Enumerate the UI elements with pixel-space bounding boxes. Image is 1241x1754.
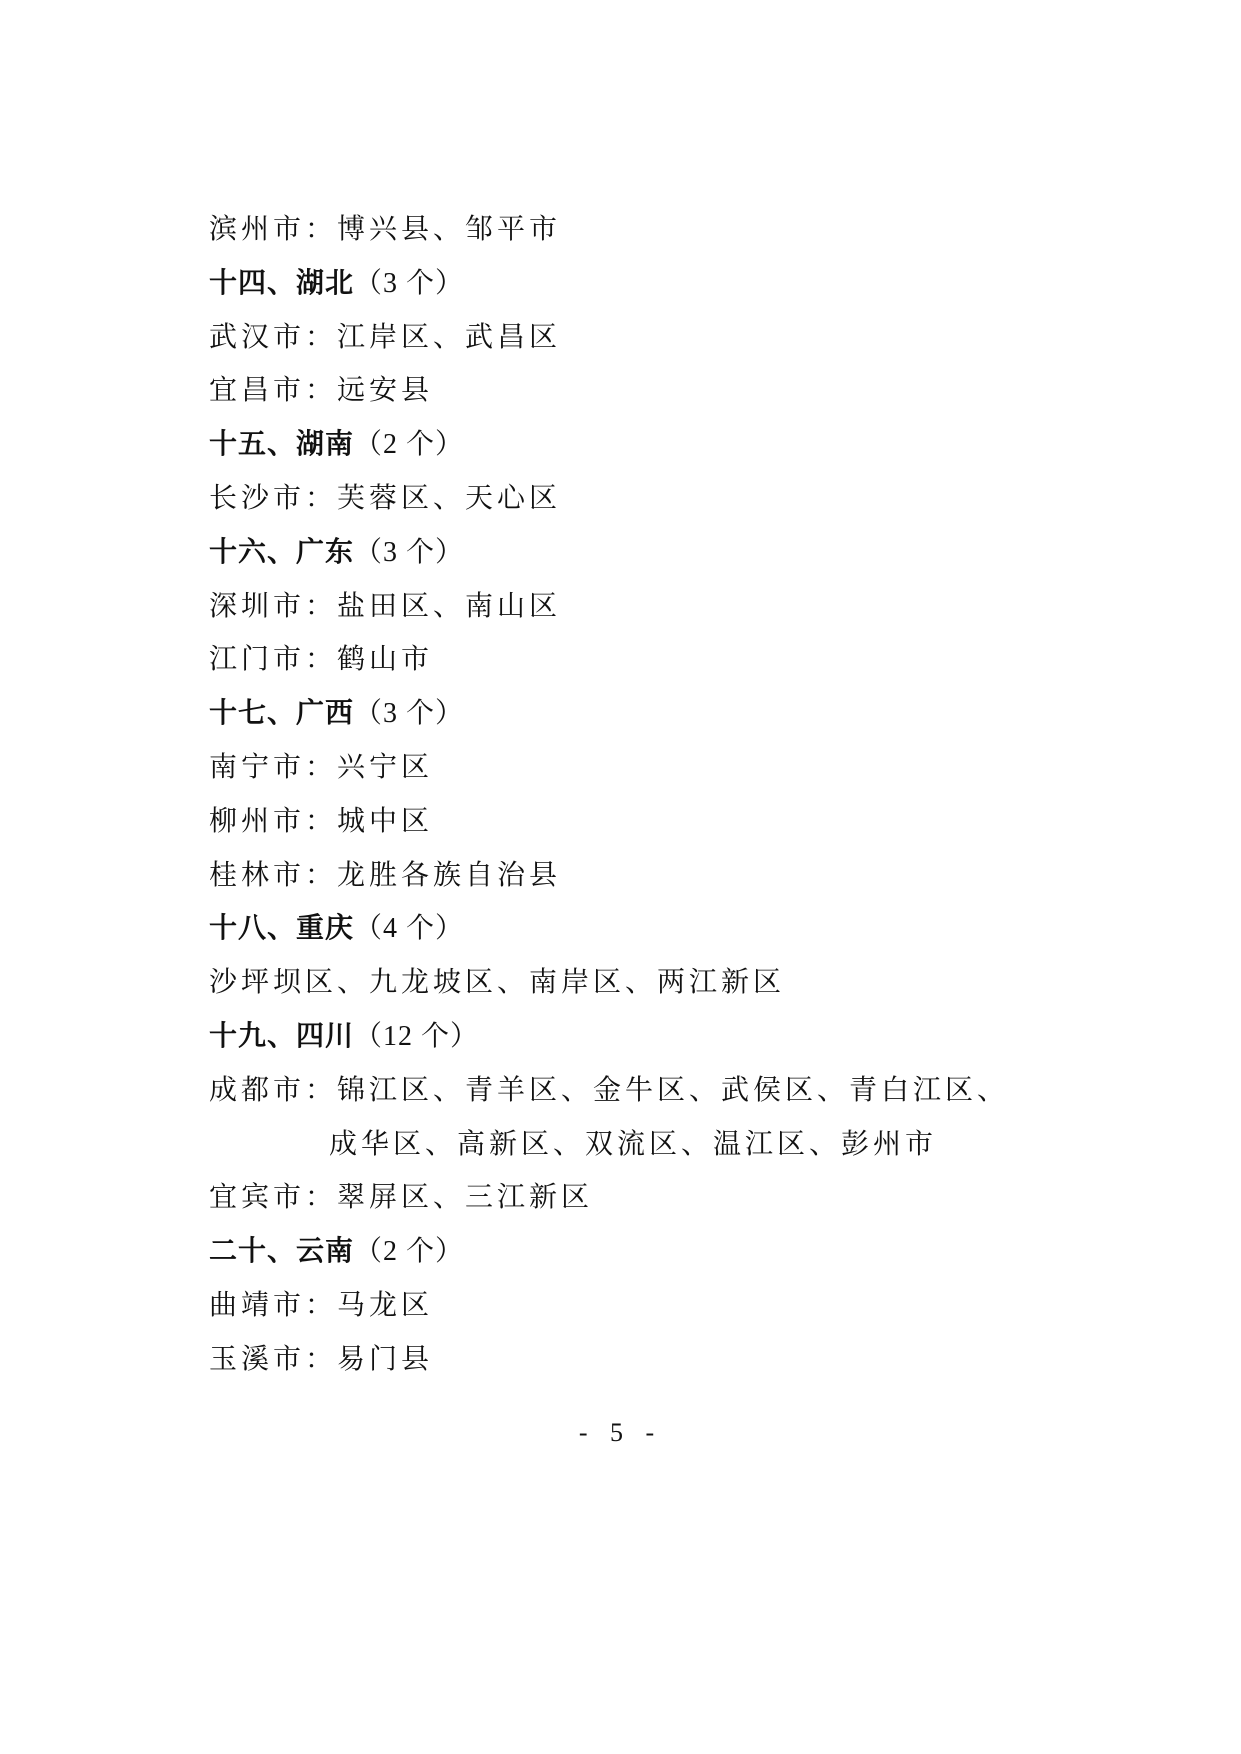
section-title: 十七、广西 — [209, 696, 354, 729]
city-entry-liuzhou: 柳州市：城中区 — [209, 799, 969, 853]
section-count: （3 个） — [354, 698, 464, 729]
page-number: - 5 - — [0, 1418, 1241, 1448]
city-entry-yichang: 宜昌市：远安县 — [209, 368, 969, 422]
section-heading-sichuan: 十九、四川（12 个） — [209, 1014, 969, 1068]
section-heading-guangxi: 十七、广西（3 个） — [209, 691, 969, 745]
document-body: 滨州市：博兴县、邹平市 十四、湖北（3 个） 武汉市：江岸区、武昌区 宜昌市：远… — [209, 207, 969, 1391]
city-entry-yuxi: 玉溪市：易门县 — [209, 1337, 969, 1391]
city-entry-chengdu-continued: 成华区、高新区、双流区、温江区、彭州市 — [209, 1122, 969, 1176]
city-entry-yibin: 宜宾市：翠屏区、三江新区 — [209, 1175, 969, 1229]
section-heading-chongqing: 十八、重庆（4 个） — [209, 906, 969, 960]
section-count: （3 个） — [354, 268, 464, 299]
section-title: 十九、四川 — [209, 1019, 354, 1052]
section-title: 十六、广东 — [209, 535, 354, 568]
section-heading-hubei: 十四、湖北（3 个） — [209, 261, 969, 315]
city-entry-guilin: 桂林市：龙胜各族自治县 — [209, 853, 969, 907]
city-entry-wuhan: 武汉市：江岸区、武昌区 — [209, 315, 969, 369]
section-heading-yunnan: 二十、云南（2 个） — [209, 1229, 969, 1283]
section-count: （3 个） — [354, 537, 464, 568]
section-title: 十五、湖南 — [209, 427, 354, 460]
city-entry-qujing: 曲靖市：马龙区 — [209, 1283, 969, 1337]
section-count: （2 个） — [354, 429, 464, 460]
district-entry-chongqing: 沙坪坝区、九龙坡区、南岸区、两江新区 — [209, 960, 969, 1014]
city-entry-binzhou: 滨州市：博兴县、邹平市 — [209, 207, 969, 261]
city-entry-chengdu: 成都市：锦江区、青羊区、金牛区、武侯区、青白江区、 — [209, 1068, 969, 1122]
city-entry-nanning: 南宁市：兴宁区 — [209, 745, 969, 799]
section-title: 十八、重庆 — [209, 911, 354, 944]
document-page: 滨州市：博兴县、邹平市 十四、湖北（3 个） 武汉市：江岸区、武昌区 宜昌市：远… — [0, 0, 1241, 1754]
city-entry-jiangmen: 江门市：鹤山市 — [209, 637, 969, 691]
city-entry-shenzhen: 深圳市：盐田区、南山区 — [209, 584, 969, 638]
section-heading-hunan: 十五、湖南（2 个） — [209, 422, 969, 476]
section-heading-guangdong: 十六、广东（3 个） — [209, 530, 969, 584]
city-entry-changsha: 长沙市：芙蓉区、天心区 — [209, 476, 969, 530]
section-title: 十四、湖北 — [209, 266, 354, 299]
section-title: 二十、云南 — [209, 1234, 354, 1267]
section-count: （2 个） — [354, 1236, 464, 1267]
section-count: （12 个） — [354, 1021, 479, 1052]
section-count: （4 个） — [354, 913, 464, 944]
